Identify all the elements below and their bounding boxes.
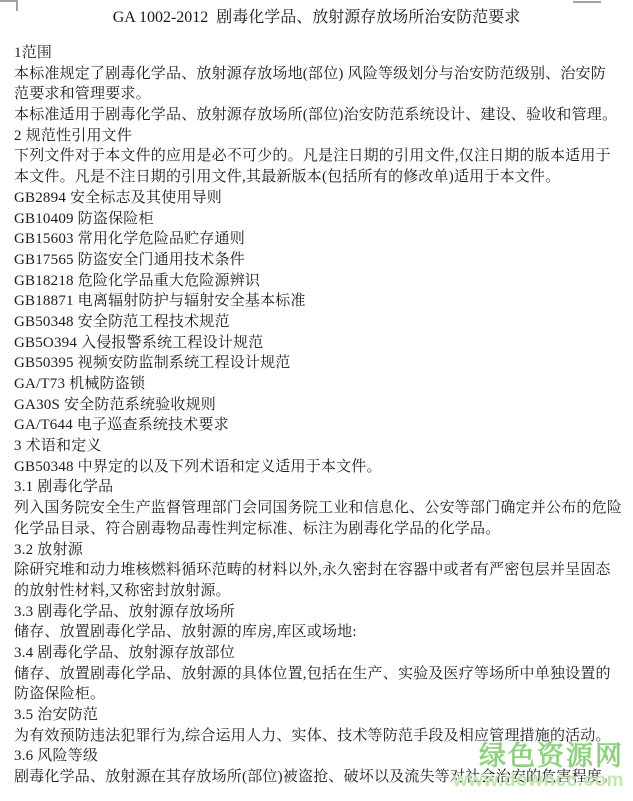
text-line: GB17565 防盗安全门通用技术条件	[14, 250, 627, 271]
text-line: 3.6 风险等级	[14, 746, 627, 767]
text-line: GB2894 安全标志及其使用导则	[14, 188, 627, 209]
text-line: 本标准规定了剧毒化学品、放射源存放场地(部位) 风险等级划分与治安防范级别、治安…	[14, 64, 627, 85]
text-line: 3.5 治安防范	[14, 705, 627, 726]
text-line: 2 规范性引用文件	[14, 126, 627, 147]
text-line: 下列文件对于本文件的应用是必不可少的。凡是注日期的引用文件,仅注日期的版本适用于	[14, 146, 627, 167]
document-title: GA 1002-2012 剧毒化学品、放射源存放场所治安防范要求	[0, 7, 633, 29]
text-line: 防盗保险柜。	[14, 684, 627, 705]
text-line: 列入国务院安全生产监督管理部门会同国务院工业和信息化、公安等部门确定并公布的危险	[14, 498, 627, 519]
text-line: 3.1 剧毒化学品	[14, 477, 627, 498]
text-line: 的放射性材料,又称密封放射源。	[14, 581, 627, 602]
text-line: GB50348 中界定的以及下列术语和定义适用于本文件。	[14, 457, 627, 478]
text-line: GB18218 危险化学品重大危险源辨识	[14, 271, 627, 292]
text-line: 除研究堆和动力堆核燃料循环范畴的材料以外,永久密封在容器中或者有严密包层并呈固态	[14, 560, 627, 581]
text-line: GB18871 电离辐射防护与辐射安全基本标准	[14, 291, 627, 312]
text-line: 范要求和管理要求。	[14, 84, 627, 105]
text-line: GB10409 防盗保险柜	[14, 209, 627, 230]
text-line: 本文件。凡是不注日期的引用文件,其最新版本(包括所有的修改单)适用于本文件。	[14, 167, 627, 188]
page-corner-mark-top-right	[573, 1, 601, 3]
text-line: GA30S 安全防范系统验收规则	[14, 395, 627, 416]
text-line: GB15603 常用化学危险品贮存通则	[14, 229, 627, 250]
text-line: GA/T644 电子巡查系统技术要求	[14, 415, 627, 436]
text-line: GA/T73 机械防盗锁	[14, 374, 627, 395]
text-line: 3.3 剧毒化学品、放射源存放场所	[14, 602, 627, 623]
text-line: 化学品目录、符合剧毒物品毒性判定标准、标注为剧毒化学品的化学品。	[14, 519, 627, 540]
text-line: GB50395 视频安防监制系统工程设计规范	[14, 353, 627, 374]
document-body: 1范围本标准规定了剧毒化学品、放射源存放场地(部位) 风险等级划分与治安防范级别…	[14, 43, 627, 788]
text-line: 本标准适用于剧毒化学品、放射源存放场所(部位)治安防范系统设计、建设、验收和管理…	[14, 105, 627, 126]
text-line: GB50348 安全防范工程技术规范	[14, 312, 627, 333]
text-line: GB5O394 入侵报警系统工程设计规范	[14, 333, 627, 354]
text-line: 1范围	[14, 43, 627, 64]
text-line: 储存、放置剧毒化学品、放射源的具体位置,包括在生产、实验及医疗等场所中单独设置的	[14, 664, 627, 685]
text-line: 剧毒化学品、放射源在其存放场所(部位)被盗抢、破坏以及流失等对社会治安的危害程度…	[14, 767, 627, 788]
text-line: 为有效预防违法犯罪行为,综合运用人力、实体、技术等防范手段及相应管理措施的活动。	[14, 726, 627, 747]
document-page: GA 1002-2012 剧毒化学品、放射源存放场所治安防范要求 1范围本标准规…	[0, 0, 633, 801]
text-line: 储存、放置剧毒化学品、放射源的库房,库区或场地:	[14, 622, 627, 643]
text-line: 3 术语和定义	[14, 436, 627, 457]
text-line: 3.2 放射源	[14, 540, 627, 561]
text-line: 3.4 剧毒化学品、放射源存放部位	[14, 643, 627, 664]
